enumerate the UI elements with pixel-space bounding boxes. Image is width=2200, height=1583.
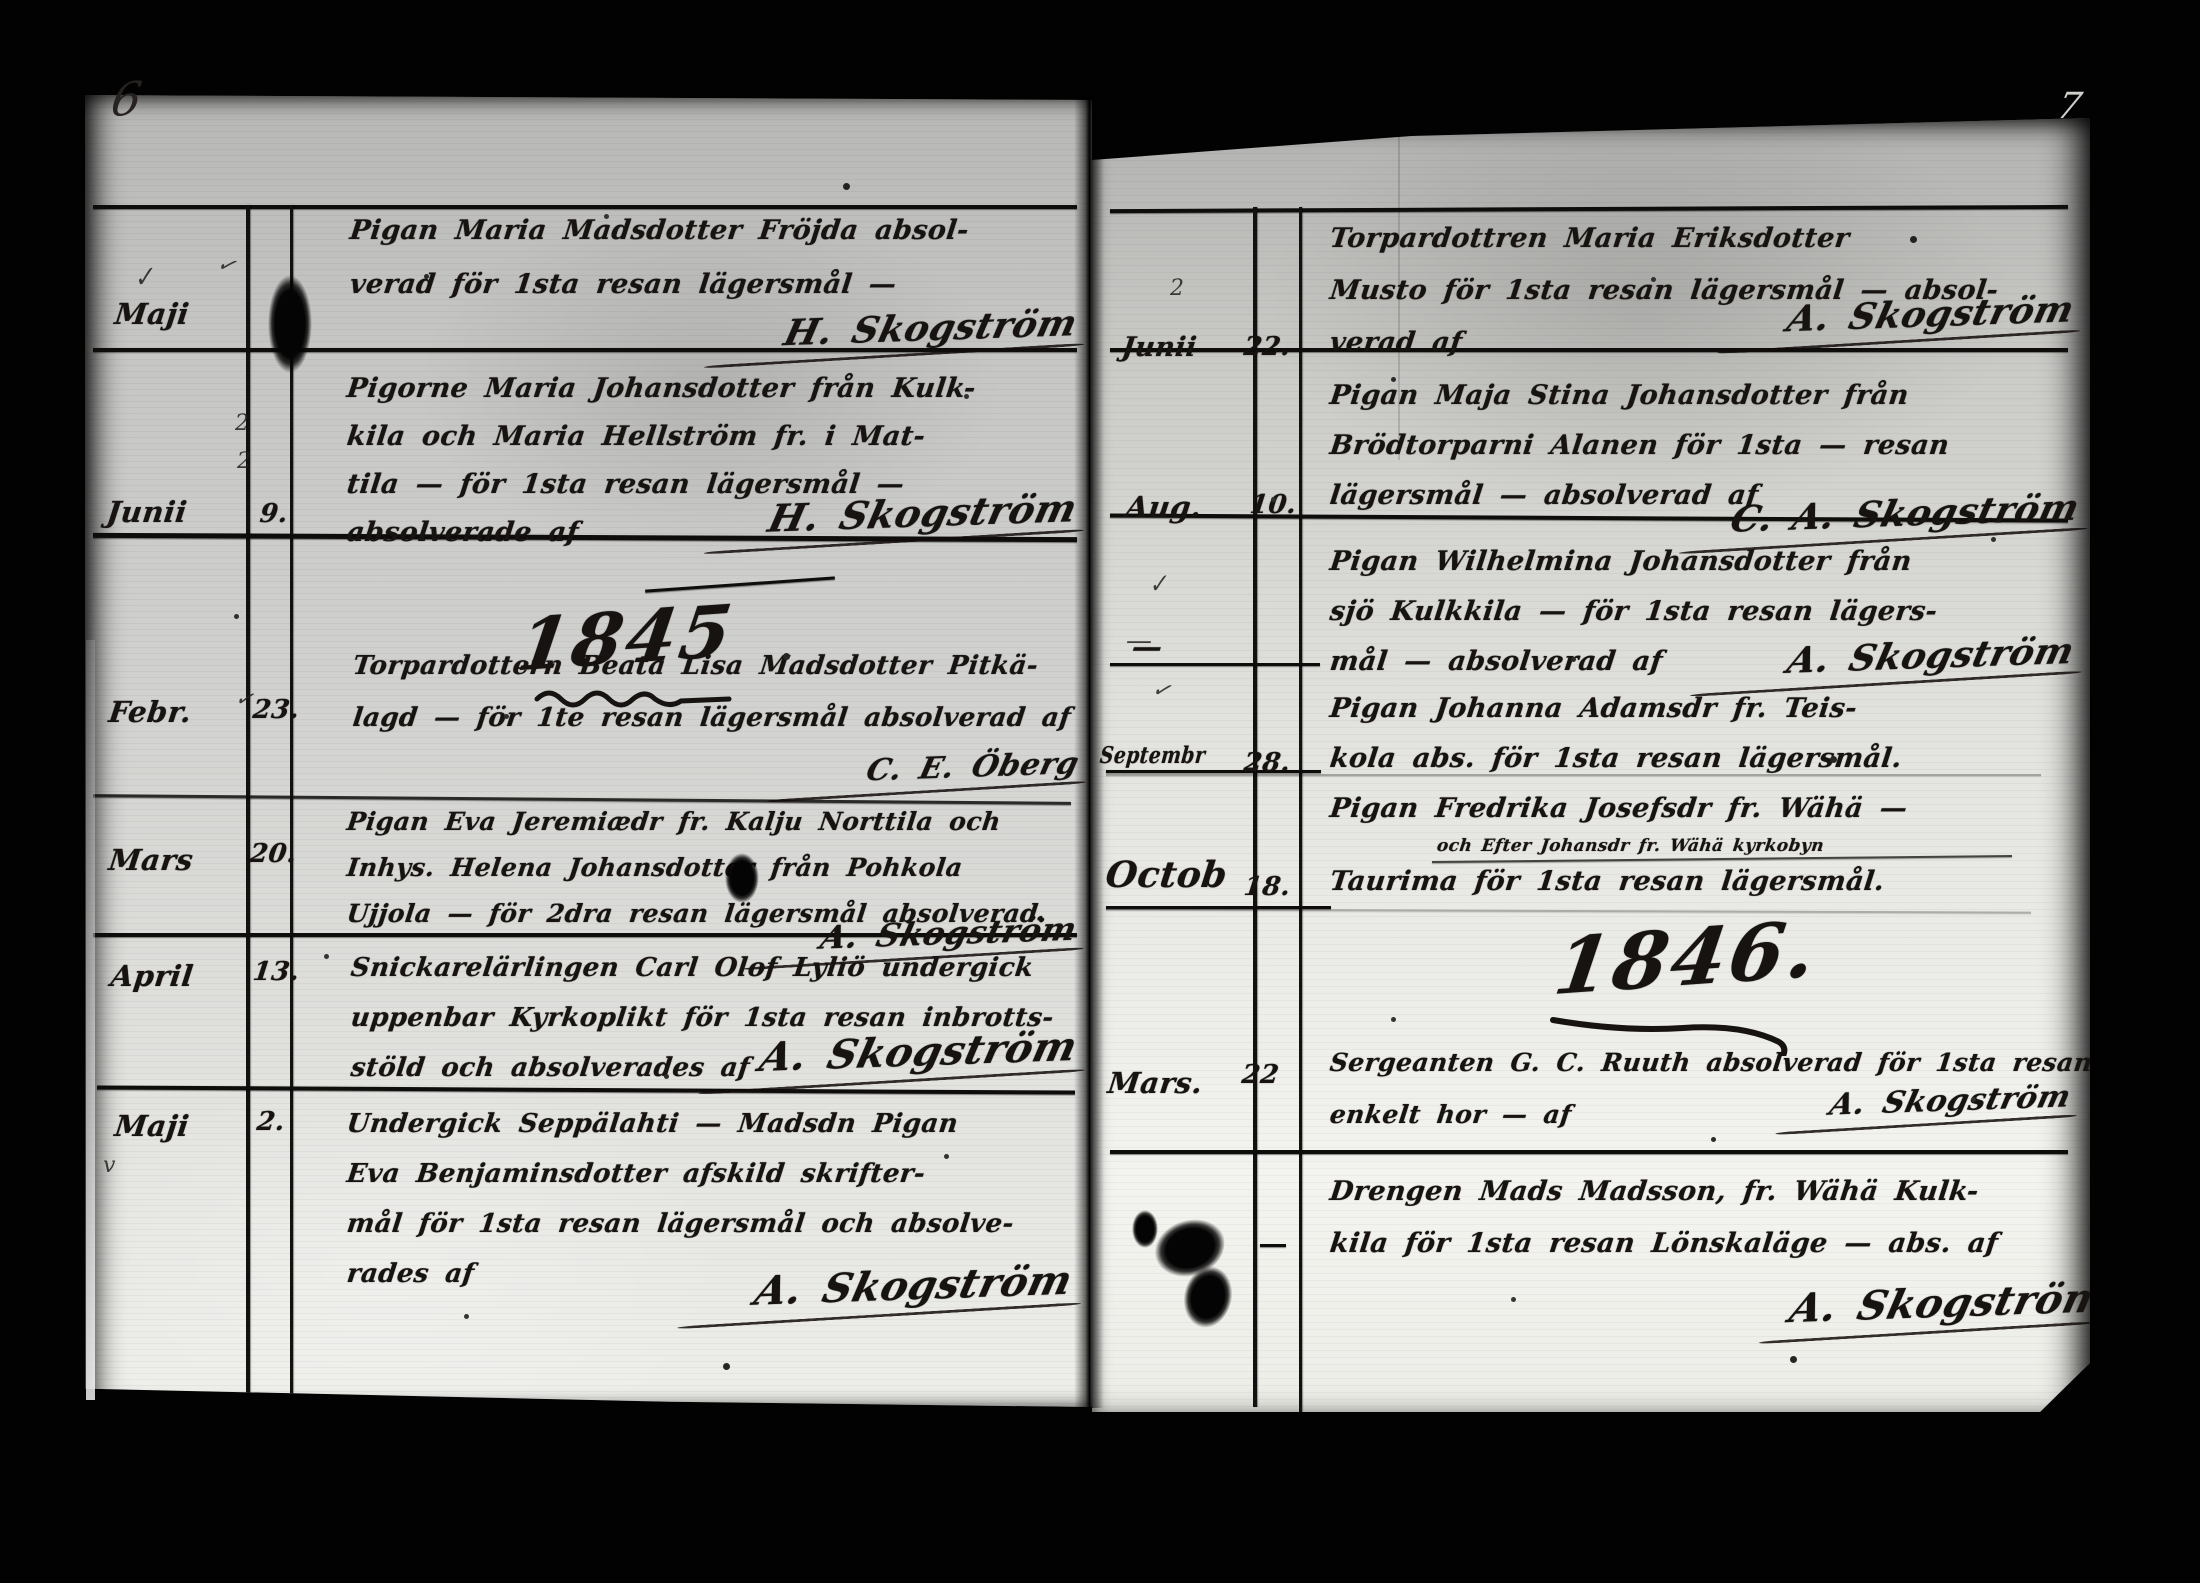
entry-line: absolverade af	[345, 517, 580, 548]
entry-line-inserted: och Efter Johansdr fr. Wähä kyrkobyn	[1436, 836, 1825, 856]
year-tail-stroke	[645, 576, 835, 592]
entry-line: stöld och absolverades af	[349, 1053, 751, 1083]
margin-check-mark: ✓	[1146, 568, 1171, 599]
entry-month: Septembr	[1099, 742, 1207, 769]
entry-line: Pigan Fredrika Josefsdr fr. Wähä —	[1328, 793, 1909, 824]
register-scan-spread: Maji Pigan Maria Madsdotter Fröjda absol…	[0, 0, 2200, 1583]
entry-line: rades af	[345, 1259, 476, 1289]
paper-fold-line	[1398, 130, 1400, 460]
entry-line: Pigan Maria Madsdotter Fröjda absol-	[348, 215, 971, 246]
entry-line: Torpardottern Beata Lisa Madsdotter Pitk…	[351, 651, 1040, 681]
entry-line: Pigan Johanna Adamsdr fr. Teis-	[1328, 693, 1859, 724]
page-right: Junii 22. Torpardottren Maria Eriksdotte…	[1092, 118, 2090, 1412]
entry-line: Pigan Eva Jeremiædr fr. Kalju Norttila o…	[345, 807, 1002, 836]
entry-day: 22.	[1242, 332, 1292, 362]
margin-check-mark: ✓	[130, 261, 158, 295]
ink-blot	[1132, 1210, 1158, 1248]
entry-month: Octob	[1103, 854, 1229, 896]
entry-month: Mars	[107, 843, 195, 877]
entry-separator-rule	[97, 1085, 1075, 1094]
entry-month: Maji	[113, 297, 191, 331]
entry-line: enkelt hor — af	[1328, 1100, 1573, 1129]
entry-day: 23.	[251, 695, 301, 725]
faint-rule	[1106, 908, 2031, 913]
entry-month: Junii	[105, 495, 189, 529]
entry-signature: C. A. Skogström	[1711, 487, 2084, 542]
entry-day: 2.	[255, 1107, 287, 1137]
entry-line: mål — absolverad af	[1328, 646, 1664, 677]
entry-signature: A. Skogström	[1799, 1079, 2074, 1123]
month-column-rule	[1253, 207, 1257, 1407]
entry-line: lagd — för 1te resan lägersmål absolvera…	[351, 703, 1073, 733]
entry-line: Inhys. Helena Johansdotter från Pohkola	[345, 853, 964, 882]
entry-separator-rule	[1110, 1150, 2068, 1154]
entry-line: Undergick Seppälahti — Madsdn Pigan	[345, 1109, 960, 1139]
header-rule	[93, 205, 1077, 209]
entry-line: mål för 1sta resan lägersmål och absolve…	[345, 1209, 1015, 1239]
year-heading: 1846.	[1549, 904, 1824, 1013]
entry-signature: A. Skogström	[1721, 630, 2079, 684]
margin-mark: 2	[237, 449, 251, 474]
entry-day: 9.	[258, 499, 290, 529]
margin-mark: 2	[1170, 276, 1184, 301]
margin-mark: 2	[235, 411, 249, 436]
entry-line: Pigan Maja Stina Johansdotter från	[1328, 380, 1911, 411]
entry-signature: C. E. Öberg	[792, 746, 1083, 791]
entry-signature: H. Skogström	[734, 302, 1082, 356]
margin-mark: —	[1126, 626, 1152, 656]
entry-line: kila för 1sta resan Lönskaläge — abs. af	[1328, 1228, 2000, 1259]
entry-line: Eva Benjaminsdotter afskild skrifter-	[345, 1159, 927, 1189]
day-column-rule	[1299, 207, 1302, 1412]
margin-check-mark: ✓	[214, 251, 239, 280]
scan-dust	[85, 95, 88, 98]
entry-line: sjö Kulkkila — för 1sta resan lägers-	[1328, 596, 1939, 627]
page-left: Maji Pigan Maria Madsdotter Fröjda absol…	[85, 95, 1092, 1407]
entry-month: Aug.	[1124, 490, 1204, 524]
entry-separator-rule	[93, 794, 1071, 805]
ink-blot	[268, 275, 312, 373]
margin-dash	[1260, 1244, 1286, 1247]
entry-signature: A. Skogström	[708, 1257, 1077, 1316]
entry-day: 18.	[1242, 872, 1292, 902]
page-edge-highlight	[86, 640, 95, 1400]
entry-line: verad för 1sta resan lägersmål —	[348, 269, 898, 300]
entry-line: Snickarelärlingen Carl Olof Lyliö underg…	[349, 953, 1035, 983]
entry-line: verad af	[1328, 327, 1464, 358]
entry-line: Pigan Wilhelmina Johansdotter från	[1328, 546, 1913, 577]
entry-month: Febr.	[107, 695, 194, 729]
entry-line: lägersmål — absolverad af	[1328, 480, 1760, 511]
entry-line: Torpardottren Maria Eriksdotter	[1328, 223, 1851, 254]
entry-day: 22	[1240, 1060, 1281, 1090]
entry-line: Drengen Mads Madsson, fr. Wähä Kulk-	[1328, 1176, 1980, 1207]
entry-day: 28.	[1242, 748, 1292, 778]
entry-line: kila och Maria Hellström fr. i Mat-	[345, 421, 927, 452]
insertion-underline	[1432, 855, 2012, 863]
entry-signature: A. Skogström	[1785, 1275, 2094, 1332]
margin-check-mark: ✓	[1149, 676, 1173, 705]
scan-dust	[1092, 118, 1095, 121]
entry-line: kola abs. för 1sta resan lägersmål.	[1328, 743, 1904, 774]
entry-line: Sergeanten G. C. Ruuth absolverad för 1s…	[1328, 1048, 2094, 1077]
margin-mark: v	[103, 1153, 115, 1178]
entry-month: Junii	[1120, 332, 1198, 363]
entry-line: Brödtorparni Alanen för 1sta — resan	[1328, 430, 1951, 461]
day-column-rule	[290, 205, 293, 1397]
entry-month: Mars.	[1106, 1066, 1205, 1100]
ink-blot	[725, 853, 759, 903]
entry-month: April	[109, 959, 195, 993]
entry-day: 13.	[251, 957, 301, 987]
entry-day: 10.	[1248, 490, 1298, 520]
entry-line: Pigorne Maria Johansdotter från Kulk-	[345, 373, 978, 404]
month-column-rule	[246, 205, 250, 1397]
entry-line: Taurima för 1sta resan lägersmål.	[1328, 866, 1886, 897]
entry-month: Maji	[113, 1109, 191, 1143]
entry-day: 20.	[248, 839, 298, 869]
